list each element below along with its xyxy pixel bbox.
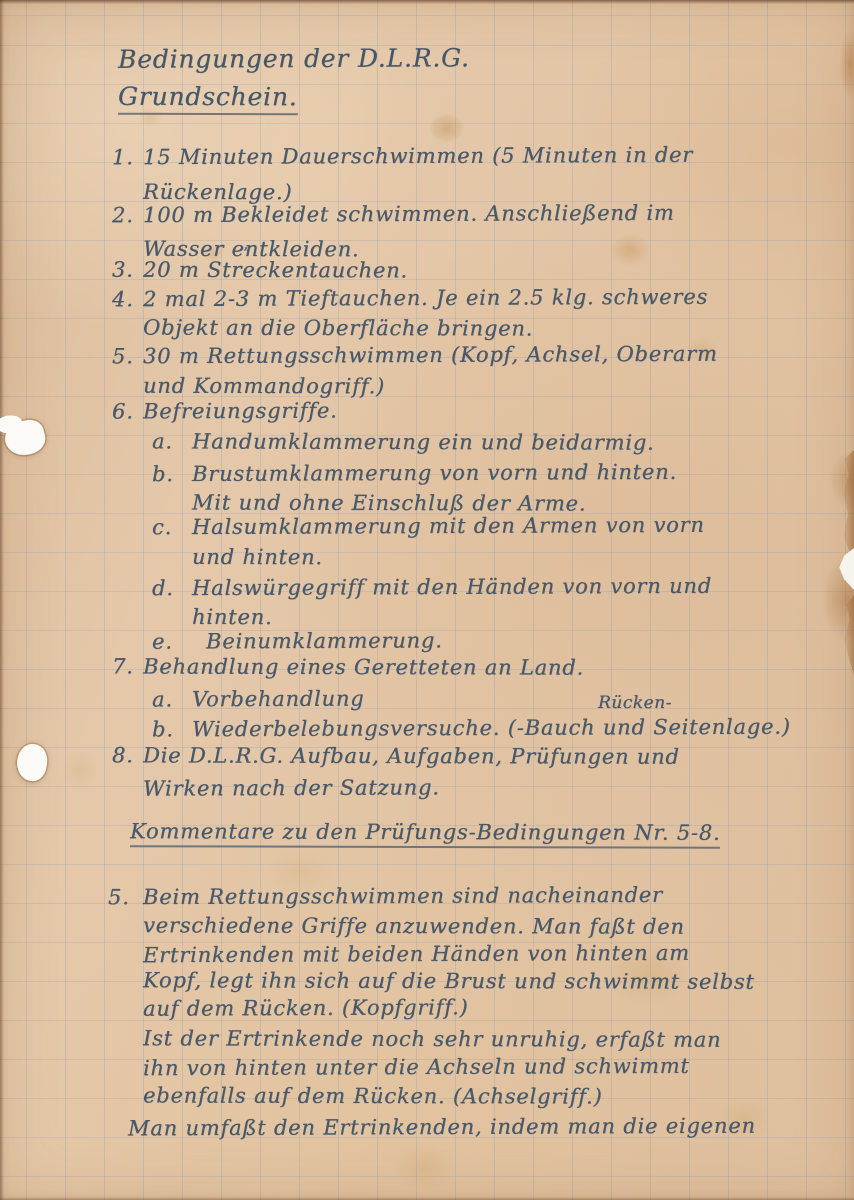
item-text: Wiederbelebungsversuche. (-Bauch und Sei… bbox=[192, 715, 791, 742]
list-item-7a: a.Vorbehandlung bbox=[152, 689, 365, 711]
list-item-5-cont: und Kommandogriff.) bbox=[143, 376, 385, 398]
section-heading-text: Kommentare zu den Prüfungs-Bedingungen N… bbox=[130, 819, 721, 849]
inserted-word-ruecken: Rücken- bbox=[598, 695, 672, 712]
list-item-6c: c.Halsumklammerung mit den Armen von vor… bbox=[152, 515, 705, 538]
commentary-line: Kopf, legt ihn sich auf die Brust und sc… bbox=[143, 970, 755, 993]
commentary-text: Beim Rettungsschwimmen sind nacheinander bbox=[143, 883, 663, 909]
list-item-8: 8.Die D.L.R.G. Aufbau, Aufgaben, Prüfung… bbox=[112, 745, 680, 767]
list-item-1: 1.15 Minuten Dauerschwimmen (5 Minuten i… bbox=[112, 145, 693, 169]
list-item-2: 2.100 m Bekleidet schwimmen. Anschließen… bbox=[112, 203, 675, 226]
item-number: 7. bbox=[112, 656, 143, 677]
item-letter: e. bbox=[152, 631, 192, 652]
section-heading: Kommentare zu den Prüfungs-Bedingungen N… bbox=[130, 821, 721, 844]
item-number: 6. bbox=[112, 401, 143, 422]
scanned-document-page: Bedingungen der D.L.R.G. Grundschein. 1.… bbox=[0, 0, 854, 1200]
list-item-6b-cont: Mit und ohne Einschluß der Arme. bbox=[192, 492, 586, 514]
item-text: Beinumklammerung. bbox=[192, 628, 443, 653]
list-item-3: 3.20 m Streckentauchen. bbox=[112, 260, 408, 282]
list-item-5: 5.30 m Rettungsschwimmen (Kopf, Achsel, … bbox=[112, 344, 718, 368]
list-item-6d: d.Halswürgegriff mit den Händen von vorn… bbox=[152, 576, 712, 599]
commentary-line: Ertrinkenden mit beiden Händen von hinte… bbox=[143, 943, 690, 966]
list-item-7b: b.Wiederbelebungsversuche. (-Bauch und S… bbox=[152, 717, 791, 741]
list-item-4-cont: Objekt an die Oberfläche bringen. bbox=[143, 317, 533, 339]
item-letter: a. bbox=[152, 689, 192, 710]
item-text: 2 mal 2-3 m Tieftauchen. Je ein 2.5 klg.… bbox=[143, 285, 708, 311]
item-letter: d. bbox=[152, 578, 192, 599]
list-item-6: 6.Befreiungsgriffe. bbox=[112, 401, 338, 423]
item-text: Brustumklammerung von vorn und hinten. bbox=[192, 460, 677, 486]
item-number: 3. bbox=[112, 260, 143, 281]
item-text: Die D.L.R.G. Aufbau, Aufgaben, Prüfungen… bbox=[143, 743, 680, 768]
commentary-item-5: 5.Beim Rettungsschwimmen sind nacheinand… bbox=[108, 885, 663, 908]
item-number: 1. bbox=[112, 147, 143, 168]
item-number: 5. bbox=[112, 346, 143, 367]
item-text: Halsumklammerung mit den Armen von vorn bbox=[192, 513, 705, 539]
item-text: Vorbehandlung bbox=[192, 687, 365, 712]
commentary-line: ihn von hinten unter die Achseln und sch… bbox=[143, 1056, 690, 1079]
list-item-6b: b.Brustumklammerung von vorn und hinten. bbox=[152, 462, 677, 485]
page-subtitle: Grundschein. bbox=[118, 84, 298, 109]
list-item-6a: a.Handumklammerung ein und beidarmig. bbox=[152, 431, 655, 453]
commentary-line: verschiedene Griffe anzuwenden. Man faßt… bbox=[143, 915, 685, 937]
item-text: Behandlung eines Geretteten an Land. bbox=[143, 654, 584, 679]
page-title: Bedingungen der D.L.R.G. bbox=[118, 45, 470, 72]
item-text: 100 m Bekleidet schwimmen. Anschließend … bbox=[143, 201, 675, 227]
item-number: 8. bbox=[112, 745, 143, 766]
item-text: Halswürgegriff mit den Händen von vorn u… bbox=[192, 574, 712, 600]
item-letter: b. bbox=[152, 719, 192, 740]
list-item-8-cont: Wirken nach der Satzung. bbox=[143, 777, 440, 799]
list-item-7: 7.Behandlung eines Geretteten an Land. bbox=[112, 656, 584, 678]
list-item-6e: e.Beinumklammerung. bbox=[152, 630, 443, 652]
item-letter: c. bbox=[152, 517, 192, 538]
handwriting-layer: Bedingungen der D.L.R.G. Grundschein. 1.… bbox=[0, 0, 854, 1200]
item-number: 2. bbox=[112, 205, 143, 226]
page-subtitle-text: Grundschein. bbox=[118, 82, 298, 115]
commentary-line: Ist der Ertrinkende noch sehr unruhig, e… bbox=[143, 1028, 721, 1051]
item-text: 20 m Streckentauchen. bbox=[143, 258, 408, 283]
item-letter: a. bbox=[152, 431, 192, 452]
commentary-line: ebenfalls auf dem Rücken. (Achselgriff.) bbox=[143, 1085, 603, 1107]
commentary-line: Man umfaßt den Ertrinkenden, indem man d… bbox=[128, 1116, 756, 1140]
item-number: 4. bbox=[112, 289, 143, 310]
list-item-1-cont: Rückenlage.) bbox=[143, 182, 292, 203]
item-text: Handumklammerung ein und beidarmig. bbox=[192, 429, 655, 454]
item-number: 5. bbox=[108, 887, 143, 908]
commentary-line: auf dem Rücken. (Kopfgriff.) bbox=[143, 997, 469, 1019]
list-item-6c-cont: und hinten. bbox=[192, 547, 323, 568]
list-item-6d-cont: hinten. bbox=[192, 607, 272, 628]
item-letter: b. bbox=[152, 464, 192, 485]
item-text: 15 Minuten Dauerschwimmen (5 Minuten in … bbox=[143, 143, 693, 169]
list-item-4: 4.2 mal 2-3 m Tieftauchen. Je ein 2.5 kl… bbox=[112, 287, 708, 311]
item-text: 30 m Rettungsschwimmen (Kopf, Achsel, Ob… bbox=[143, 342, 718, 369]
item-text: Befreiungsgriffe. bbox=[143, 399, 338, 424]
